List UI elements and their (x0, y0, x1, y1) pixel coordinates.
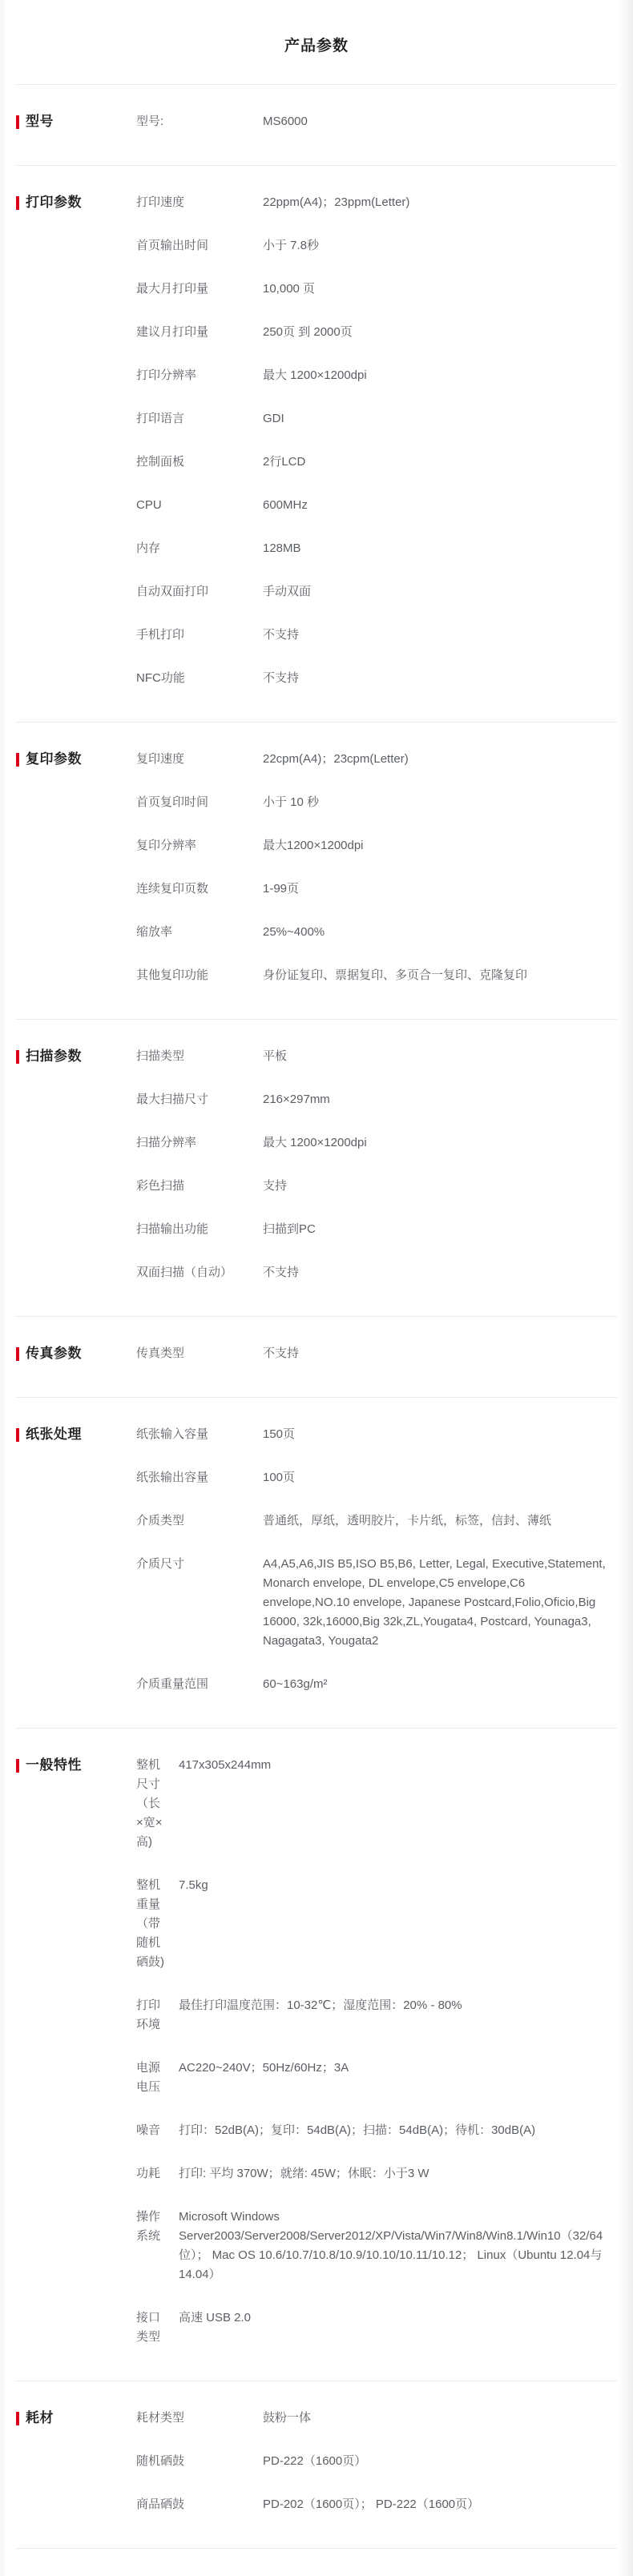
section-accent-bar-icon (16, 196, 19, 210)
spec-value: 打印：52dB(A)；复印：54dB(A)；扫描：54dB(A)；待机：30dB… (179, 2121, 607, 2140)
section-accent-bar-icon (16, 2412, 19, 2425)
section-title: 纸张处理 (26, 1425, 82, 1444)
spec-row: 扫描分辨率 最大 1200×1200dpi (136, 1133, 617, 1153)
spec-value: 身份证复印、票据复印、多页合一复印、克隆复印 (263, 966, 609, 985)
spec-value: 1-99页 (263, 879, 609, 899)
section-head: 传真参数 (16, 1344, 136, 1363)
divider (16, 2548, 617, 2549)
section-rows: 复印速度 22cpm(A4)；23cpm(Letter) 首页复印时间 小于 1… (136, 750, 617, 1009)
spec-section-1: 打印参数 打印速度 22ppm(A4)；23ppm(Letter) 首页输出时间… (16, 166, 617, 722)
spec-value: 小于 10 秒 (263, 793, 609, 812)
spec-label: 自动双面打印 (136, 582, 263, 602)
section-title: 扫描参数 (26, 1047, 82, 1066)
spec-row: 商品硒鼓 PD-202（1600页）； PD-222（1600页） (136, 2495, 617, 2514)
spec-value: 250页 到 2000页 (263, 323, 609, 342)
spec-label: 耗材类型 (136, 2409, 263, 2428)
spec-value: AC220~240V；50Hz/60Hz；3A (179, 2059, 607, 2078)
spec-value: 扫描到PC (263, 1220, 609, 1239)
spec-row: 整机尺寸（长×宽×高) 417x305x244mm (136, 1756, 617, 1852)
spec-value: 不支持 (263, 626, 609, 645)
spec-label: 纸张输出容量 (136, 1468, 263, 1487)
spec-row: 控制面板 2行LCD (136, 453, 617, 472)
spec-sections: 型号 型号: MS6000 打印参数 打印速度 22ppm(A4)；23ppm(… (16, 85, 617, 2549)
spec-section-3: 扫描参数 扫描类型 平板 最大扫描尺寸 216×297mm 扫描分辨率 最大 1… (16, 1020, 617, 1316)
spec-row: 打印语言 GDI (136, 409, 617, 429)
spec-value: 最佳打印温度范围：10-32℃；湿度范围：20% - 80% (179, 1996, 607, 2015)
spec-value: 100页 (263, 1468, 609, 1487)
spec-label: 整机尺寸（长×宽×高) (136, 1756, 179, 1852)
section-rows: 耗材类型 鼓粉一体 随机硒鼓 PD-222（1600页） 商品硒鼓 PD-202… (136, 2409, 617, 2538)
spec-row: NFC功能 不支持 (136, 669, 617, 688)
spec-label: 打印速度 (136, 193, 263, 212)
section-head: 型号 (16, 112, 136, 131)
spec-label: 内存 (136, 539, 263, 558)
spec-label: 彩色扫描 (136, 1177, 263, 1196)
spec-row: CPU 600MHz (136, 496, 617, 515)
section-rows: 传真类型 不支持 (136, 1344, 617, 1387)
spec-label: 最大月打印量 (136, 280, 263, 299)
spec-row: 复印分辨率 最大1200×1200dpi (136, 836, 617, 855)
spec-value: GDI (263, 409, 609, 429)
section-rows: 纸张输入容量 150页 纸张输出容量 100页 介质类型 普通纸，厚纸，透明胶片… (136, 1425, 617, 1718)
spec-label: 功耗 (136, 2164, 179, 2184)
spec-row: 噪音 打印：52dB(A)；复印：54dB(A)；扫描：54dB(A)；待机：3… (136, 2121, 617, 2140)
spec-label: 接口类型 (136, 2308, 179, 2347)
spec-row: 介质重量范围 60~163g/m² (136, 1675, 617, 1694)
section-accent-bar-icon (16, 1428, 19, 1442)
spec-label: 双面扫描（自动） (136, 1263, 263, 1282)
spec-label: 操作系统 (136, 2208, 179, 2246)
spec-row: 随机硒鼓 PD-222（1600页） (136, 2452, 617, 2471)
section-title: 传真参数 (26, 1344, 82, 1363)
section-head: 复印参数 (16, 750, 136, 769)
section-accent-bar-icon (16, 1347, 19, 1361)
spec-row: 电源电压 AC220~240V；50Hz/60Hz；3A (136, 2059, 617, 2097)
spec-label: 整机重量（带随机硒鼓) (136, 1876, 179, 1972)
spec-value: 10,000 页 (263, 280, 609, 299)
spec-label: 纸张输入容量 (136, 1425, 263, 1444)
spec-value: 7.5kg (179, 1876, 607, 1895)
section-accent-bar-icon (16, 115, 19, 129)
spec-row: 缩放率 25%~400% (136, 923, 617, 942)
section-accent-bar-icon (16, 753, 19, 767)
spec-section-2: 复印参数 复印速度 22cpm(A4)；23cpm(Letter) 首页复印时间… (16, 722, 617, 1019)
section-title: 一般特性 (26, 1756, 82, 1775)
spec-row: 彩色扫描 支持 (136, 1177, 617, 1196)
spec-row: 打印环境 最佳打印温度范围：10-32℃；湿度范围：20% - 80% (136, 1996, 617, 2035)
section-rows: 扫描类型 平板 最大扫描尺寸 216×297mm 扫描分辨率 最大 1200×1… (136, 1047, 617, 1306)
spec-section-5: 纸张处理 纸张输入容量 150页 纸张输出容量 100页 介质类型 普通纸，厚纸… (16, 1398, 617, 1728)
spec-value: 最大1200×1200dpi (263, 836, 609, 855)
spec-value: Microsoft Windows Server2003/Server2008/… (179, 2208, 607, 2284)
spec-row: 功耗 打印: 平均 370W；就绪: 45W；休眠：小于3 W (136, 2164, 617, 2184)
page-title: 产品参数 (16, 0, 617, 84)
spec-section-6: 一般特性 整机尺寸（长×宽×高) 417x305x244mm 整机重量（带随机硒… (16, 1729, 617, 2381)
spec-label: 复印速度 (136, 750, 263, 769)
spec-label: 扫描分辨率 (136, 1133, 263, 1153)
spec-row: 操作系统 Microsoft Windows Server2003/Server… (136, 2208, 617, 2284)
spec-row: 传真类型 不支持 (136, 1344, 617, 1363)
spec-section-4: 传真参数 传真类型 不支持 (16, 1317, 617, 1397)
section-title: 型号 (26, 112, 54, 131)
spec-value: 2行LCD (263, 453, 609, 472)
spec-row: 手机打印 不支持 (136, 626, 617, 645)
spec-value: A4,A5,A6,JIS B5,ISO B5,B6, Letter, Legal… (263, 1555, 609, 1651)
spec-label: 最大扫描尺寸 (136, 1090, 263, 1109)
spec-section-0: 型号 型号: MS6000 (16, 85, 617, 165)
spec-label: 打印语言 (136, 409, 263, 429)
section-title: 打印参数 (26, 193, 82, 212)
spec-label: 介质尺寸 (136, 1555, 263, 1574)
spec-row: 复印速度 22cpm(A4)；23cpm(Letter) (136, 750, 617, 769)
spec-row: 耗材类型 鼓粉一体 (136, 2409, 617, 2428)
spec-value: 不支持 (263, 1344, 609, 1363)
spec-row: 建议月打印量 250页 到 2000页 (136, 323, 617, 342)
section-title: 耗材 (26, 2409, 54, 2428)
spec-row: 扫描类型 平板 (136, 1047, 617, 1066)
spec-label: 连续复印页数 (136, 879, 263, 899)
spec-value: 25%~400% (263, 923, 609, 942)
spec-value: 不支持 (263, 669, 609, 688)
spec-value: 最大 1200×1200dpi (263, 1133, 609, 1153)
spec-label: 型号: (136, 112, 263, 131)
section-head: 一般特性 (16, 1756, 136, 1775)
spec-value: 普通纸，厚纸，透明胶片，卡片纸，标签，信封、薄纸 (263, 1511, 609, 1531)
spec-row: 最大月打印量 10,000 页 (136, 280, 617, 299)
section-rows: 打印速度 22ppm(A4)；23ppm(Letter) 首页输出时间 小于 7… (136, 193, 617, 712)
spec-value: 22cpm(A4)；23cpm(Letter) (263, 750, 609, 769)
section-head: 耗材 (16, 2409, 136, 2428)
spec-value: 216×297mm (263, 1090, 609, 1109)
spec-label: 噪音 (136, 2121, 179, 2140)
spec-label: 打印分辨率 (136, 366, 263, 385)
spec-label: 控制面板 (136, 453, 263, 472)
spec-row: 打印速度 22ppm(A4)；23ppm(Letter) (136, 193, 617, 212)
spec-label: 电源电压 (136, 2059, 179, 2097)
spec-value: MS6000 (263, 112, 609, 131)
section-rows: 整机尺寸（长×宽×高) 417x305x244mm 整机重量（带随机硒鼓) 7.… (136, 1756, 617, 2371)
spec-label: 商品硒鼓 (136, 2495, 263, 2514)
spec-row: 整机重量（带随机硒鼓) 7.5kg (136, 1876, 617, 1972)
spec-value: 鼓粉一体 (263, 2409, 609, 2428)
spec-label: CPU (136, 496, 263, 515)
spec-value: 150页 (263, 1425, 609, 1444)
spec-value: PD-222（1600页） (263, 2452, 609, 2471)
spec-row: 首页复印时间 小于 10 秒 (136, 793, 617, 812)
spec-label: 随机硒鼓 (136, 2452, 263, 2471)
spec-value: 128MB (263, 539, 609, 558)
spec-value: 22ppm(A4)；23ppm(Letter) (263, 193, 609, 212)
spec-label: 其他复印功能 (136, 966, 263, 985)
section-head: 打印参数 (16, 193, 136, 212)
spec-label: 首页输出时间 (136, 236, 263, 256)
spec-label: 介质重量范围 (136, 1675, 263, 1694)
section-accent-bar-icon (16, 1759, 19, 1773)
spec-label: 介质类型 (136, 1511, 263, 1531)
spec-label: 扫描类型 (136, 1047, 263, 1066)
section-accent-bar-icon (16, 1050, 19, 1064)
spec-value: 600MHz (263, 496, 609, 515)
spec-row: 双面扫描（自动） 不支持 (136, 1263, 617, 1282)
spec-row: 纸张输入容量 150页 (136, 1425, 617, 1444)
spec-label: 复印分辨率 (136, 836, 263, 855)
spec-row: 接口类型 高速 USB 2.0 (136, 2308, 617, 2347)
spec-value: 417x305x244mm (179, 1756, 607, 1775)
section-head: 扫描参数 (16, 1047, 136, 1066)
spec-label: 建议月打印量 (136, 323, 263, 342)
spec-label: NFC功能 (136, 669, 263, 688)
spec-value: 最大 1200×1200dpi (263, 366, 609, 385)
spec-label: 手机打印 (136, 626, 263, 645)
product-spec-page: 产品参数 型号 型号: MS6000 打印参数 打印速度 22ppm(A4)；2… (0, 0, 633, 2549)
spec-row: 介质类型 普通纸，厚纸，透明胶片，卡片纸，标签，信封、薄纸 (136, 1511, 617, 1531)
spec-label: 打印环境 (136, 1996, 179, 2035)
spec-label: 扫描输出功能 (136, 1220, 263, 1239)
section-head: 纸张处理 (16, 1425, 136, 1444)
spec-row: 介质尺寸 A4,A5,A6,JIS B5,ISO B5,B6, Letter, … (136, 1555, 617, 1651)
spec-section-7: 耗材 耗材类型 鼓粉一体 随机硒鼓 PD-222（1600页） 商品硒鼓 PD-… (16, 2381, 617, 2548)
spec-value: 平板 (263, 1047, 609, 1066)
spec-row: 型号: MS6000 (136, 112, 617, 131)
spec-value: 不支持 (263, 1263, 609, 1282)
spec-row: 首页输出时间 小于 7.8秒 (136, 236, 617, 256)
spec-value: 高速 USB 2.0 (179, 2308, 607, 2328)
spec-label: 传真类型 (136, 1344, 263, 1363)
spec-value: 小于 7.8秒 (263, 236, 609, 256)
spec-value: PD-202（1600页）； PD-222（1600页） (263, 2495, 609, 2514)
section-title: 复印参数 (26, 750, 82, 769)
spec-label: 缩放率 (136, 923, 263, 942)
spec-value: 打印: 平均 370W；就绪: 45W；休眠：小于3 W (179, 2164, 607, 2184)
spec-row: 内存 128MB (136, 539, 617, 558)
spec-row: 自动双面打印 手动双面 (136, 582, 617, 602)
spec-label: 首页复印时间 (136, 793, 263, 812)
spec-row: 扫描输出功能 扫描到PC (136, 1220, 617, 1239)
spec-row: 纸张输出容量 100页 (136, 1468, 617, 1487)
spec-value: 支持 (263, 1177, 609, 1196)
spec-row: 其他复印功能 身份证复印、票据复印、多页合一复印、克隆复印 (136, 966, 617, 985)
spec-value: 手动双面 (263, 582, 609, 602)
spec-row: 最大扫描尺寸 216×297mm (136, 1090, 617, 1109)
spec-value: 60~163g/m² (263, 1675, 609, 1694)
spec-row: 连续复印页数 1-99页 (136, 879, 617, 899)
spec-row: 打印分辨率 最大 1200×1200dpi (136, 366, 617, 385)
section-rows: 型号: MS6000 (136, 112, 617, 155)
